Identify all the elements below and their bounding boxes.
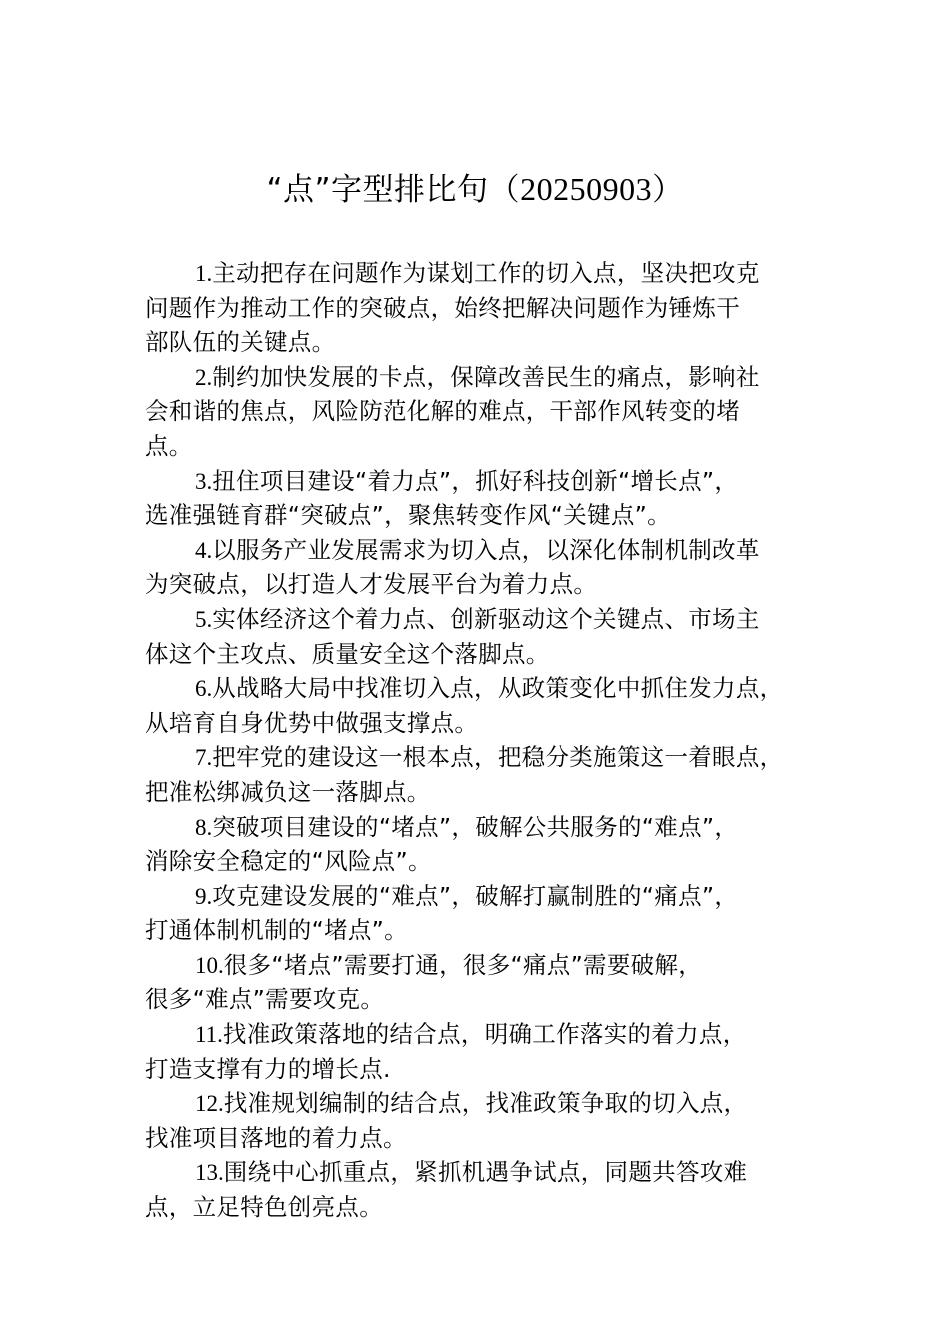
paragraph-number: 9. xyxy=(195,884,212,909)
paragraph-line: 12.找准规划编制的结合点，找准政策争取的切入点， xyxy=(145,1086,825,1121)
title-prefix: “点”字型排比句（ xyxy=(266,172,520,208)
paragraph-number: 4. xyxy=(195,538,212,563)
paragraph-number: 5. xyxy=(195,607,212,632)
paragraph-line: 把准松绑减负这一落脚点。 xyxy=(145,775,825,810)
paragraph-number: 2. xyxy=(195,365,212,390)
paragraph-line: 找准项目落地的着力点。 xyxy=(145,1121,825,1156)
paragraph-4: 4.以服务产业发展需求为切入点，以深化体制机制改革 为突破点，以打造人才发展平台… xyxy=(145,533,825,602)
line-text: 扭住项目建设“着力点”，抓好科技创新“增长点”， xyxy=(212,467,738,495)
paragraph-line: 会和谐的焦点，风险防范化解的难点，干部作风转变的堵 xyxy=(145,394,825,429)
document-page: “点”字型排比句（20250903） 1.主动把存在问题作为谋划工作的切入点，坚… xyxy=(0,0,950,1344)
line-text: 实体经济这个着力点、创新驱动这个关键点、市场主 xyxy=(212,605,759,633)
paragraph-13: 13.围绕中心抓重点，紧抓机遇争试点，同题共答攻难 点，立足特色创亮点。 xyxy=(145,1155,825,1224)
line-text: 突破项目建设的“堵点”，破解公共服务的“难点”， xyxy=(212,813,738,841)
paragraph-number: 6. xyxy=(195,676,212,701)
paragraph-line: 很多“难点”需要攻克。 xyxy=(145,982,825,1017)
paragraph-line: 2.制约加快发展的卡点，保障改善民生的痛点，影响社 xyxy=(145,360,825,395)
paragraph-number: 11. xyxy=(195,1022,223,1047)
line-text: 围绕中心抓重点，紧抓机遇争试点，同题共答攻难 xyxy=(224,1158,748,1186)
paragraph-line: 9.攻克建设发展的“难点”，破解打赢制胜的“痛点”， xyxy=(145,879,825,914)
paragraph-number: 12. xyxy=(195,1091,224,1116)
paragraph-number: 1. xyxy=(195,261,212,286)
line-text: 很多“堵点”需要打通，很多“痛点”需要破解， xyxy=(224,951,702,979)
paragraph-line: 8.突破项目建设的“堵点”，破解公共服务的“难点”， xyxy=(145,810,825,845)
paragraph-line: 选准强链育群“突破点”，聚焦转变作风“关键点”。 xyxy=(145,498,825,533)
paragraph-line: 7.把牢党的建设这一根本点，把稳分类施策这一着眼点， xyxy=(145,740,825,775)
line-text: 找准规划编制的结合点，找准政策争取的切入点， xyxy=(224,1089,748,1117)
paragraph-number: 13. xyxy=(195,1160,224,1185)
paragraph-6: 6.从战略大局中找准切入点，从政策变化中抓住发力点， 从培育自身优势中做强支撑点… xyxy=(145,671,825,740)
paragraph-number: 3. xyxy=(195,469,212,494)
paragraph-line: 点。 xyxy=(145,429,825,464)
paragraph-line: 1.主动把存在问题作为谋划工作的切入点，坚决把攻克 xyxy=(145,256,825,291)
paragraph-line: 5.实体经济这个着力点、创新驱动这个关键点、市场主 xyxy=(145,602,825,637)
line-text: 攻克建设发展的“难点”，破解打赢制胜的“痛点”， xyxy=(212,882,738,910)
paragraph-line: 体这个主攻点、质量安全这个落脚点。 xyxy=(145,637,825,672)
line-text: 从战略大局中找准切入点，从政策变化中抓住发力点， xyxy=(212,674,783,702)
paragraph-line: 问题作为推动工作的突破点，始终把解决问题作为锤炼干 xyxy=(145,291,825,326)
paragraph-5: 5.实体经济这个着力点、创新驱动这个关键点、市场主 体这个主攻点、质量安全这个落… xyxy=(145,602,825,671)
paragraph-line: 打通体制机制的“堵点”。 xyxy=(145,913,825,948)
paragraph-line: 10.很多“堵点”需要打通，很多“痛点”需要破解， xyxy=(145,948,825,983)
paragraph-2: 2.制约加快发展的卡点，保障改善民生的痛点，影响社 会和谐的焦点，风险防范化解的… xyxy=(145,360,825,464)
paragraph-number: 10. xyxy=(195,953,224,978)
paragraph-line: 13.围绕中心抓重点，紧抓机遇争试点，同题共答攻难 xyxy=(145,1155,825,1190)
paragraph-8: 8.突破项目建设的“堵点”，破解公共服务的“难点”， 消除安全稳定的“风险点”。 xyxy=(145,810,825,879)
paragraph-line: 消除安全稳定的“风险点”。 xyxy=(145,844,825,879)
paragraph-9: 9.攻克建设发展的“难点”，破解打赢制胜的“痛点”， 打通体制机制的“堵点”。 xyxy=(145,879,825,948)
paragraph-line: 11.找准政策落地的结合点，明确工作落实的着力点， xyxy=(145,1017,825,1052)
paragraph-7: 7.把牢党的建设这一根本点，把稳分类施策这一着眼点， 把准松绑减负这一落脚点。 xyxy=(145,740,825,809)
paragraph-line: 点，立足特色创亮点。 xyxy=(145,1190,825,1225)
paragraph-1: 1.主动把存在问题作为谋划工作的切入点，坚决把攻克 问题作为推动工作的突破点，始… xyxy=(145,256,825,360)
paragraph-line: 3.扭住项目建设“着力点”，抓好科技创新“增长点”， xyxy=(145,464,825,499)
paragraph-line: 4.以服务产业发展需求为切入点，以深化体制机制改革 xyxy=(145,533,825,568)
line-text: 主动把存在问题作为谋划工作的切入点，坚决把攻克 xyxy=(212,259,759,287)
document-body: 1.主动把存在问题作为谋划工作的切入点，坚决把攻克 问题作为推动工作的突破点，始… xyxy=(145,256,825,1225)
paragraph-10: 10.很多“堵点”需要打通，很多“痛点”需要破解， 很多“难点”需要攻克。 xyxy=(145,948,825,1017)
paragraph-number: 8. xyxy=(195,815,212,840)
paragraph-number: 7. xyxy=(195,745,212,770)
line-text: 把牢党的建设这一根本点，把稳分类施策这一着眼点， xyxy=(212,743,783,771)
paragraph-line: 打造支撑有力的增长点. xyxy=(145,1052,825,1087)
line-text: 找准政策落地的结合点，明确工作落实的着力点， xyxy=(223,1020,747,1048)
paragraph-line: 从培育自身优势中做强支撑点。 xyxy=(145,706,825,741)
paragraph-3: 3.扭住项目建设“着力点”，抓好科技创新“增长点”， 选准强链育群“突破点”，聚… xyxy=(145,464,825,533)
paragraph-11: 11.找准政策落地的结合点，明确工作落实的着力点， 打造支撑有力的增长点. xyxy=(145,1017,825,1086)
document-title: “点”字型排比句（20250903） xyxy=(0,164,950,215)
line-text: 制约加快发展的卡点，保障改善民生的痛点，影响社 xyxy=(212,363,759,391)
title-date: 20250903 xyxy=(520,171,652,207)
paragraph-line: 部队伍的关键点。 xyxy=(145,325,825,360)
paragraph-line: 6.从战略大局中找准切入点，从政策变化中抓住发力点， xyxy=(145,671,825,706)
title-suffix: ） xyxy=(652,172,684,208)
paragraph-12: 12.找准规划编制的结合点，找准政策争取的切入点， 找准项目落地的着力点。 xyxy=(145,1086,825,1155)
paragraph-line: 为突破点，以打造人才发展平台为着力点。 xyxy=(145,567,825,602)
line-text: 以服务产业发展需求为切入点，以深化体制机制改革 xyxy=(212,536,759,564)
